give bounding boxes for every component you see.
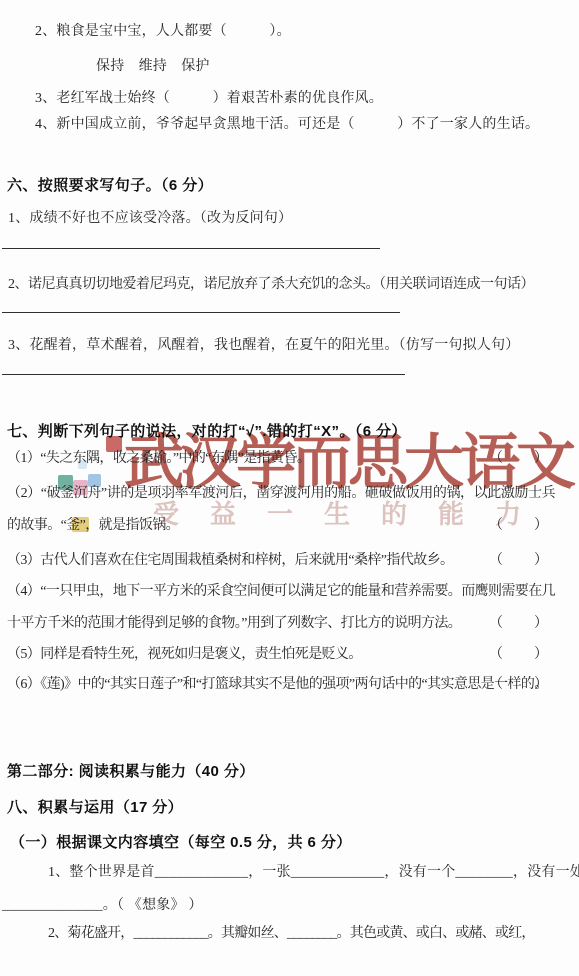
judgment-bracket-3: （ ） [489, 545, 549, 577]
part-2-title: 第二部分: 阅读积累与能力（40 分） [7, 762, 255, 782]
judgment-bracket-5: （ ） [489, 639, 549, 671]
s6-question-3: 3、花醒着，草术醒着，风醒着，我也醒着，在夏午的阳光里。（仿写一句拟人句） [8, 336, 519, 356]
judgment-item-6: （6）《莲)》中的“其实日莲子”和“打篮球其实不是他的强项”两句话中的“其实意思… [7, 669, 555, 701]
judgment-text-5: （5）同样是看特生死，视死如归是褒义，责生怕死是贬义。 [7, 647, 362, 662]
answer-line-3 [2, 374, 405, 375]
judgment-item-2: （2）“破釜沉舟”讲的是项羽率军渡河后，凿穿渡河用的船。砸破做饭用的锅，以此激励… [7, 478, 555, 542]
judgment-bracket-1: （ ） [489, 443, 549, 475]
word-options: 保持 维持 保护 [96, 57, 210, 77]
judgment-item-5: （5）同样是看特生死，视死如归是褒义，责生怕死是贬义。 （ ） [7, 639, 555, 671]
judgment-item-3: （3）古代人们喜欢在住宅周围栽植桑树和梓树，后来就用“桑梓”指代故乡。 （ ） [7, 545, 555, 577]
section-8-title: 八、积累与运用（17 分） [7, 798, 183, 818]
section-7-title: 七、判断下列句子的说法，对的打“√”.错的打“X”。（6 分） [7, 422, 407, 442]
answer-line-2 [2, 312, 400, 313]
judgment-text-3: （3）古代人们喜欢在住宅周围栽植桑树和梓树，后来就用“桑梓”指代故乡。 [7, 553, 453, 568]
exam-page: 武汉学而思大语文 受益一生的能力 2、粮食是宝中宝，人人都要（ ）。 保持 维持… [0, 0, 579, 976]
question-2: 2、粮食是宝中宝，人人都要（ ）。 [35, 22, 291, 42]
section-6-title: 六、按照要求写句子。（6 分） [7, 176, 213, 196]
fill-question-1-line-1: 1、整个世界是首_____________，一张_____________，没有… [48, 863, 579, 883]
question-3: 3、老红军战士始终（ ）着艰苦朴素的优良作风。 [35, 89, 383, 109]
s6-question-1: 1、成绩不好也不应该受冷落。（改为反问句） [8, 209, 292, 229]
fill-question-2: 2、菊花盛开，____________。其瓣如丝、________。其色或黄、或… [48, 924, 535, 944]
s6-question-2: 2、诺尼真真切切地爱着尼玛克，诺尼放弃了杀大充饥的念头。（用关联词语连成一句话） [8, 275, 534, 295]
question-4: 4、新中国成立前，爷爷起早贪黑地干活。可还是（ ）不了一家人的生话。 [35, 115, 539, 135]
judgment-text-1: （1）“失之东隅，收之桑榆。”中的“东隅”是指黄昏。 [7, 451, 310, 466]
judgment-bracket-4: （ ） [489, 608, 549, 640]
judgment-item-4: （4）“一只甲虫，地下一平方米的采食空间便可以满足它的能量和营养需要。而鹰则需要… [7, 576, 555, 640]
answer-line-1 [2, 248, 380, 249]
judgment-text-6: （6）《莲)》中的“其实日莲子”和“打篮球其实不是他的强项”两句话中的“其实意思… [7, 677, 548, 692]
judgment-item-1: （1）“失之东隅，收之桑榆。”中的“东隅”是指黄昏。 （ ） [7, 443, 555, 475]
judgment-bracket-2: （ ） [489, 510, 549, 542]
fill-question-1-line-2: ______________。（ 《想象》 ） [2, 896, 203, 916]
judgment-text-2: （2）“破釜沉舟”讲的是项羽率军渡河后，凿穿渡河用的船。砸破做饭用的锅，以此激励… [7, 486, 555, 533]
judgment-text-4: （4）“一只甲虫，地下一平方米的采食空间便可以满足它的能量和营养需要。而鹰则需要… [7, 584, 555, 631]
judgment-bracket-6: （ ） [489, 669, 549, 701]
sub-section-1-title: （一）根据课文内容填空（每空 0.5 分，共 6 分） [10, 833, 352, 853]
